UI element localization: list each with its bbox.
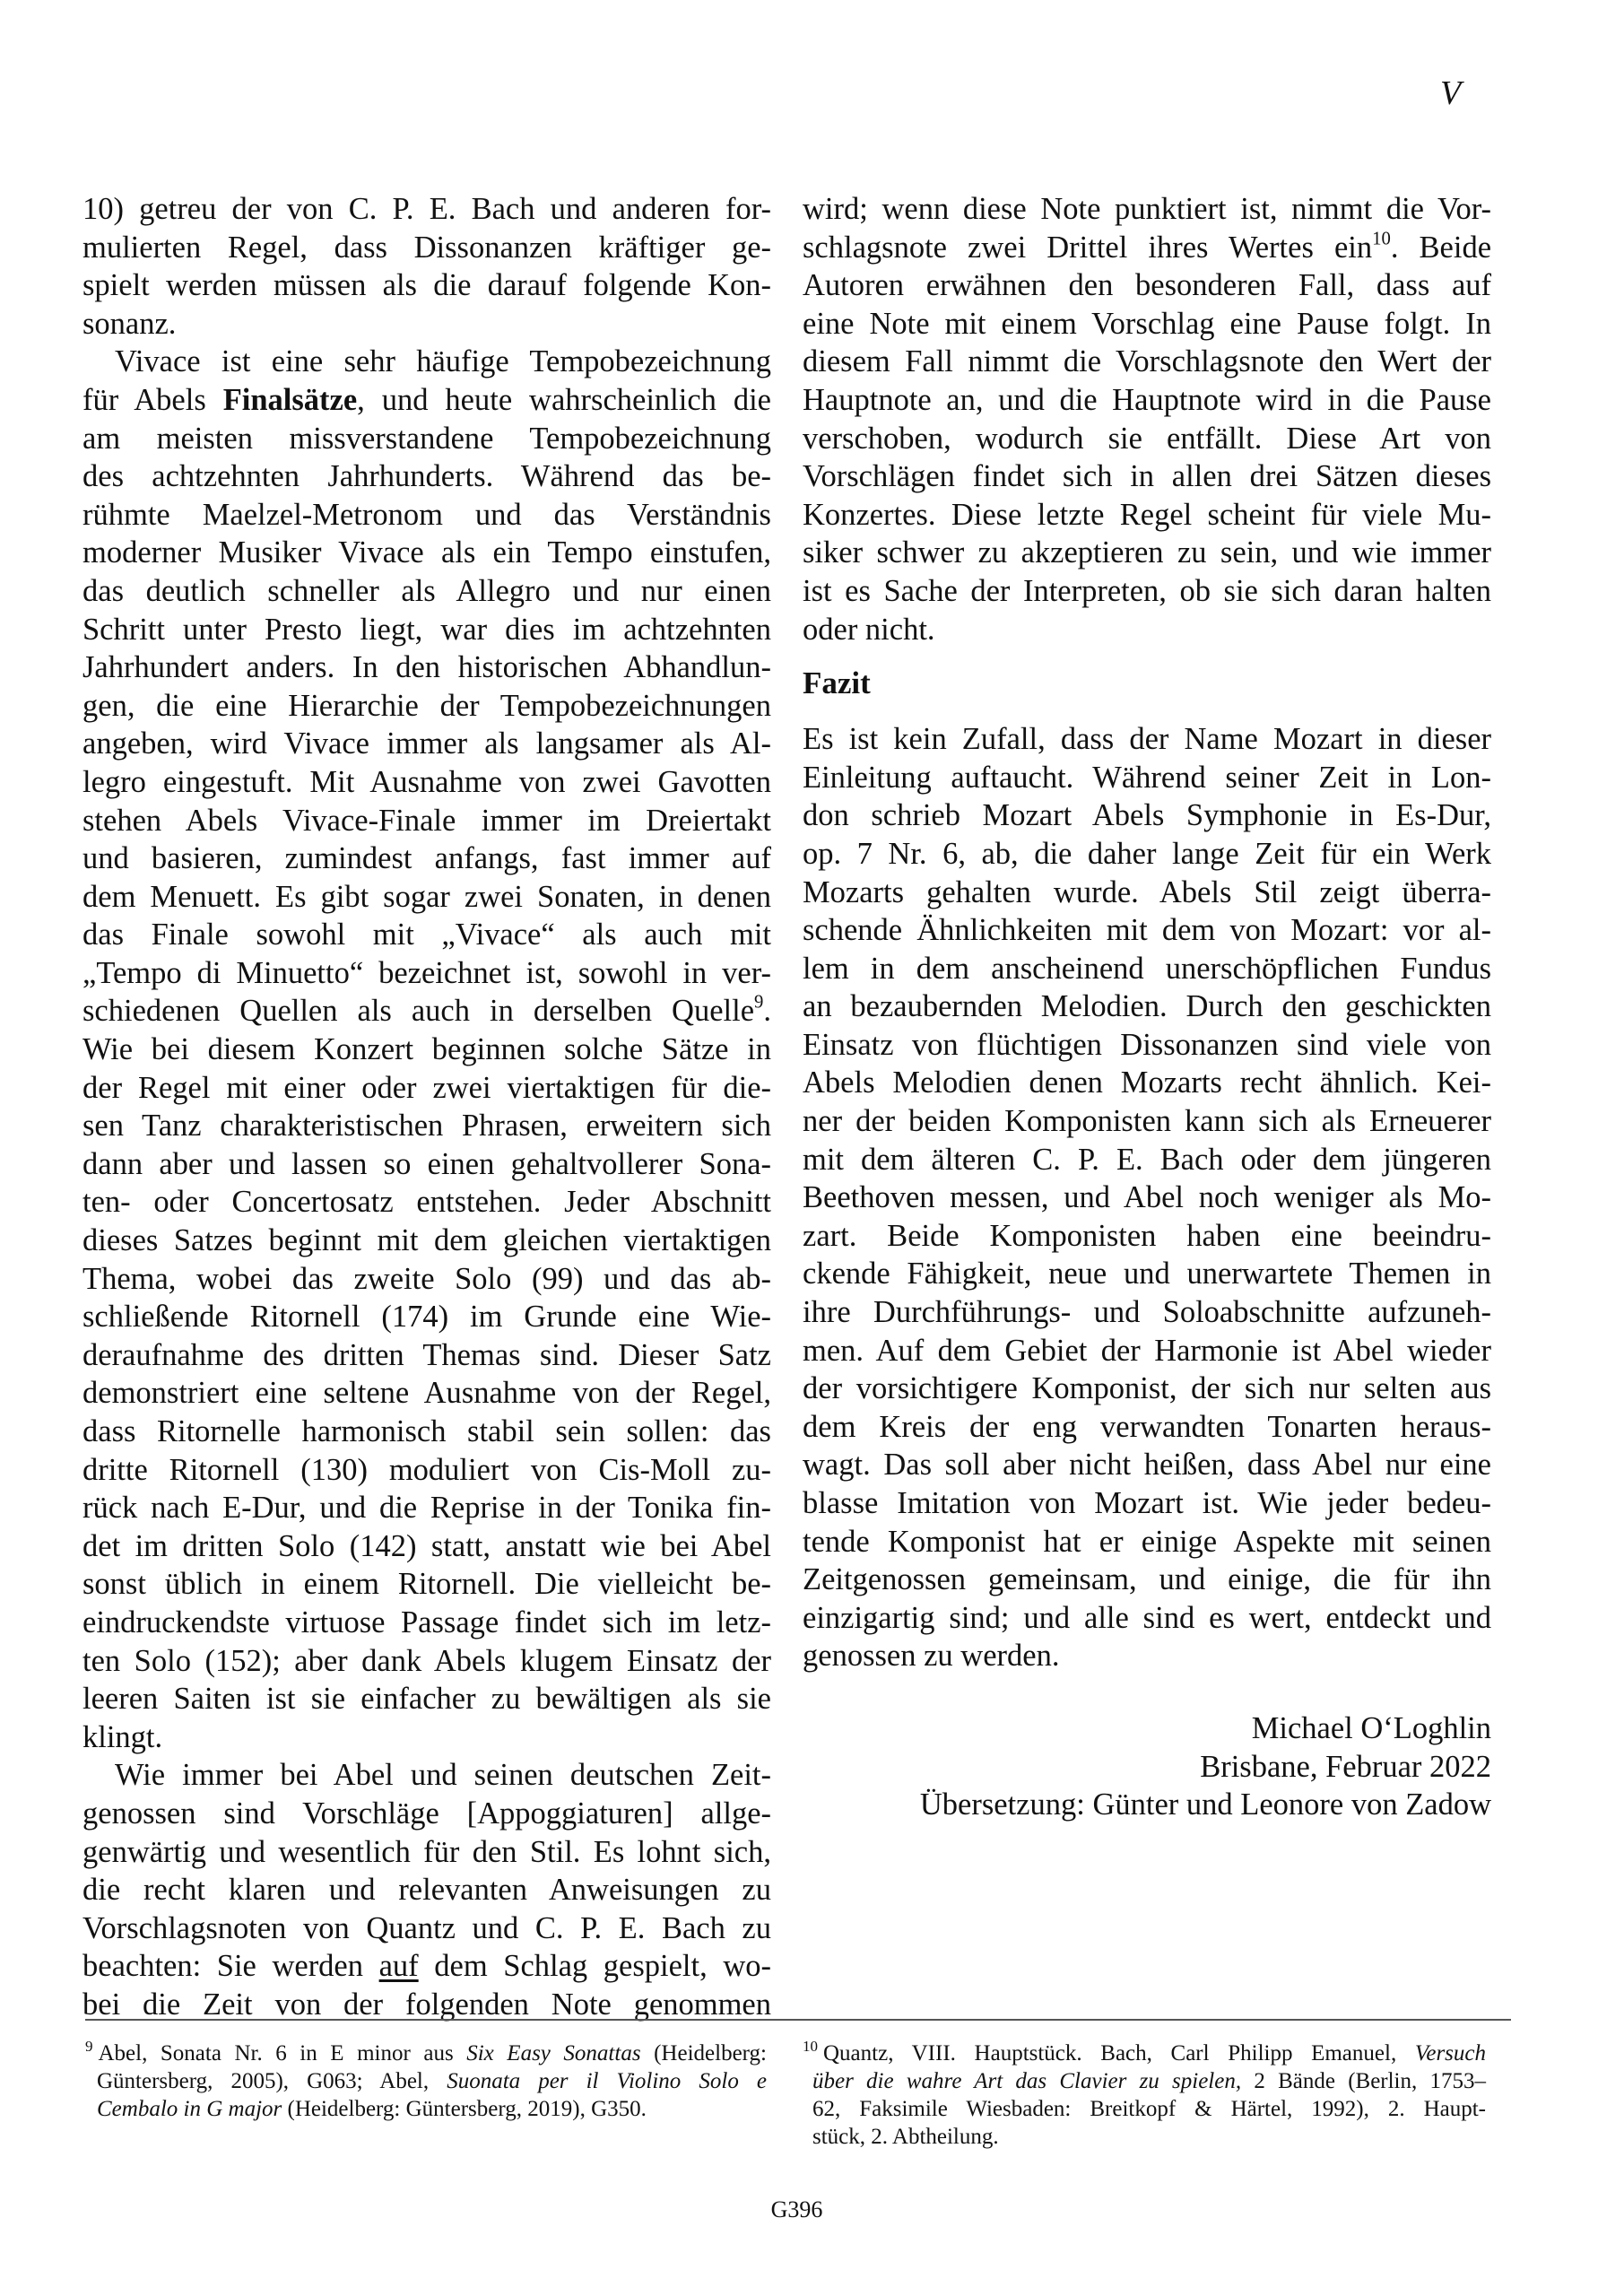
underlined-term: auf <box>379 1949 419 1983</box>
text-line: Autoren erwähnen den besonderen Fall, da… <box>803 266 1491 305</box>
text-line: eindruckendste virtuose Passage findet s… <box>83 1604 771 1642</box>
text-line: mit dem älteren C. P. E. Bach oder dem j… <box>803 1141 1491 1179</box>
text-line: das Finale sowohl mit „Vivace“ als auch … <box>83 916 771 954</box>
text-line: dem Kreis der eng verwandten Tonarten he… <box>803 1408 1491 1447</box>
paragraph-continuation: 10) getreu der von C. P. E. Bach und and… <box>83 190 771 343</box>
footnote-ref-10[interactable]: 10 <box>1372 229 1391 248</box>
signature-translation: Übersetzung: Günter und Leonore von Zado… <box>803 1786 1491 1824</box>
text-line: Einsatz von flüchtigen Dissonanzen sind … <box>803 1026 1491 1065</box>
text-run: schlagsnote zwei Drittel ihres Wertes ei… <box>803 230 1372 265</box>
text-line: Es ist kein Zufall, dass der Name Mozart… <box>803 720 1491 759</box>
footnote-number: 9 <box>85 2038 93 2055</box>
footnote-line: Güntersberg, 2005), G063; Abel, Suonata … <box>85 2067 767 2095</box>
text-run: (Heidelberg: <box>641 2041 767 2066</box>
footnote-line: 9Abel, Sonata Nr. 6 in E minor aus Six E… <box>85 2032 767 2067</box>
text-line: gen, die eine Hierarchie der Tempobezeic… <box>83 687 771 726</box>
italic-title: über die wahre Art das Clavier zu spiele… <box>812 2069 1241 2093</box>
text-run: beachten: Sie werden <box>83 1949 379 1983</box>
footnote-line: 10Quantz, VIII. Hauptstück. Bach, Carl P… <box>803 2032 1486 2067</box>
text-run: für Abels <box>83 383 223 417</box>
text-line: ihre Durchführungs- und Soloabschnitte a… <box>803 1293 1491 1332</box>
text-line: leeren Saiten ist sie einfacher zu bewäl… <box>83 1680 771 1718</box>
text-line: verschoben, wodurch sie entfällt. Diese … <box>803 420 1491 458</box>
text-line: 10) getreu der von C. P. E. Bach und and… <box>83 190 771 229</box>
text-line: Vorschlägen findet sich in allen drei Sä… <box>803 457 1491 496</box>
text-line: dem Menuett. Es gibt sogar zwei Sonaten,… <box>83 878 771 917</box>
text-line: Zeitgenossen gemeinsam, und einige, die … <box>803 1561 1491 1599</box>
text-line: deraufnahme des dritten Themas sind. Die… <box>83 1336 771 1375</box>
text-line: Hauptnote an, und die Hauptnote wird in … <box>803 381 1491 420</box>
text-line: schlagsnote zwei Drittel ihres Wertes ei… <box>803 229 1491 267</box>
page-number: G396 <box>771 2196 823 2222</box>
text-line: Abels Melodien denen Mozarts recht ähnli… <box>803 1064 1491 1102</box>
italic-title: Cembalo in G major <box>97 2097 282 2121</box>
text-line: Wie bei diesem Konzert beginnen solche S… <box>83 1031 771 1069</box>
paragraph-appoggiaturen: Wie immer bei Abel und seinen deutschen … <box>83 1756 771 2023</box>
text-line: „Tempo di Minuetto“ bezeichnet ist, sowo… <box>83 954 771 993</box>
text-line: Wie immer bei Abel und seinen deutschen … <box>83 1756 771 1795</box>
text-line: spielt werden müssen als die darauf folg… <box>83 266 771 305</box>
signature-block: Michael O‘Loghlin Brisbane, Februar 2022… <box>803 1709 1491 1824</box>
footnote-ref-9[interactable]: 9 <box>754 993 763 1013</box>
text-line: dieses Satzes beginnt mit dem gleichen v… <box>83 1222 771 1260</box>
text-run: (Heidelberg: Güntersberg, 2019), G350. <box>282 2097 647 2121</box>
text-line: einzigartig sind; und alle sind es wert,… <box>803 1599 1491 1638</box>
text-line: Konzertes. Diese letzte Regel scheint fü… <box>803 496 1491 535</box>
footnote-9: 9Abel, Sonata Nr. 6 in E minor aus Six E… <box>85 2032 767 2123</box>
text-line: dass Ritornelle harmonisch stabil sein s… <box>83 1413 771 1451</box>
text-line: blasse Imitation von Mozart ist. Wie jed… <box>803 1484 1491 1523</box>
text-line: beachten: Sie werden auf dem Schlag gesp… <box>83 1947 771 1986</box>
text-line: Beethoven messen, und Abel noch weniger … <box>803 1178 1491 1217</box>
text-line: der Regel mit einer oder zwei viertaktig… <box>83 1069 771 1108</box>
text-line: des achtzehnten Jahrhunderts. Während da… <box>83 457 771 496</box>
footnote-line: stück, 2. Abtheilung. <box>803 2123 1486 2151</box>
text-line: det im dritten Solo (142) statt, anstatt… <box>83 1527 771 1566</box>
text-line: zart. Beide Komponisten haben eine beein… <box>803 1217 1491 1256</box>
text-line: am meisten missverstandene Tempobezeichn… <box>83 420 771 458</box>
footnote-line: 62, Faksimile Wiesbaden: Breitkopf & Här… <box>803 2095 1486 2123</box>
page-footer: G396 <box>0 2196 1624 2224</box>
text-line: sonanz. <box>83 305 771 344</box>
paragraph-vivace: Vivace ist eine sehr häufige Tempobezeic… <box>83 343 771 1756</box>
text-line: Einleitung auftaucht. Während seiner Zei… <box>803 759 1491 797</box>
italic-title: Versuch <box>1415 2041 1486 2066</box>
italic-title: Suonata per il Violino Solo e <box>447 2069 767 2093</box>
text-line: op. 7 Nr. 6, ab, die daher lange Zeit fü… <box>803 835 1491 874</box>
text-line: das deutlich schneller als Allegro und n… <box>83 572 771 611</box>
italic-title: Six Easy Sonattas <box>466 2041 640 2066</box>
text-line: eine Note mit einem Vorschlag eine Pause… <box>803 305 1491 344</box>
footnote-line: über die wahre Art das Clavier zu spiele… <box>803 2067 1486 2095</box>
text-line: schließende Ritornell (174) im Grunde ei… <box>83 1298 771 1336</box>
text-line: men. Auf dem Gebiet der Harmonie ist Abe… <box>803 1332 1491 1370</box>
paragraph-continuation: wird; wenn diese Note punktiert ist, nim… <box>803 190 1491 648</box>
text-line: stehen Abels Vivace-Finale immer im Drei… <box>83 802 771 840</box>
text-line: und basieren, zumindest anfangs, fast im… <box>83 839 771 878</box>
text-line: lem in dem anscheinend unerschöpflichen … <box>803 950 1491 988</box>
text-run: . Beide <box>1391 230 1491 265</box>
text-line: demonstriert eine seltene Ausnahme von d… <box>83 1374 771 1413</box>
left-column: 10) getreu der von C. P. E. Bach und and… <box>83 190 771 2024</box>
text-line: klingt. <box>83 1718 771 1757</box>
text-line: schende Ähnlichkeiten mit dem von Mozart… <box>803 911 1491 950</box>
signature-place-date: Brisbane, Februar 2022 <box>803 1748 1491 1787</box>
text-line: Jahrhundert anders. In den historischen … <box>83 648 771 687</box>
text-line: ten- oder Concertosatz entstehen. Jeder … <box>83 1183 771 1222</box>
text-line: angeben, wird Vivace immer als langsamer… <box>83 725 771 763</box>
footnote-10: 10Quantz, VIII. Hauptstück. Bach, Carl P… <box>803 2032 1486 2151</box>
text-run: schiedenen Quellen als auch in derselben… <box>83 994 754 1028</box>
footnote-number: 10 <box>803 2038 818 2055</box>
text-run: . <box>763 994 771 1028</box>
text-line: genossen zu werden. <box>803 1637 1491 1675</box>
text-run: 2 Bände (Berlin, 1753– <box>1241 2069 1486 2093</box>
signature-author: Michael O‘Loghlin <box>803 1709 1491 1748</box>
text-line: sonst üblich in einem Ritornell. Die vie… <box>83 1565 771 1604</box>
right-column: wird; wenn diese Note punktiert ist, nim… <box>803 190 1491 1824</box>
text-line: der vorsichtigere Komponist, der sich nu… <box>803 1370 1491 1408</box>
text-line: oder nicht. <box>803 611 1491 649</box>
text-line: wird; wenn diese Note punktiert ist, nim… <box>803 190 1491 229</box>
text-run: Abel, Sonata Nr. 6 in E minor aus <box>99 2041 467 2066</box>
text-line: Thema, wobei das zweite Solo (99) und da… <box>83 1260 771 1299</box>
text-line: sen Tanz charakteristischen Phrasen, erw… <box>83 1107 771 1145</box>
text-line: legro eingestuft. Mit Ausnahme von zwei … <box>83 763 771 802</box>
text-run: , und heute wahrscheinlich die <box>357 383 771 417</box>
text-line: Mozarts gehalten wurde. Abels Stil zeigt… <box>803 874 1491 912</box>
text-line: ist es Sache der Interpreten, ob sie sic… <box>803 572 1491 611</box>
text-line: genossen sind Vorschläge [Appoggiaturen]… <box>83 1795 771 1833</box>
section-heading: Fazit <box>803 665 1491 702</box>
text-run: Quantz, VIII. Hauptstück. Bach, Carl Phi… <box>823 2041 1415 2066</box>
text-line: schiedenen Quellen als auch in derselben… <box>83 992 771 1031</box>
text-line: Vorschlagsnoten von Quantz und C. P. E. … <box>83 1909 771 1948</box>
footnote-line: Cembalo in G major (Heidelberg: Güntersb… <box>85 2095 767 2123</box>
text-line: diesem Fall nimmt die Vorschlagsnote den… <box>803 343 1491 381</box>
text-line: genwärtig und wesentlich für den Stil. E… <box>83 1833 771 1872</box>
footnote-separator-rule <box>85 2019 1511 2021</box>
text-line: ner der beiden Komponisten kann sich als… <box>803 1102 1491 1141</box>
text-line: dann aber und lassen so einen gehaltvoll… <box>83 1145 771 1184</box>
text-line: wagt. Das soll aber nicht heißen, dass A… <box>803 1446 1491 1484</box>
text-line: Vivace ist eine sehr häufige Tempobezeic… <box>83 343 771 381</box>
text-line: don schrieb Mozart Abels Symphonie in Es… <box>803 796 1491 835</box>
text-line: die recht klaren und relevanten Anweisun… <box>83 1871 771 1909</box>
text-line: rück nach E-Dur, und die Reprise in der … <box>83 1489 771 1527</box>
text-run: Güntersberg, 2005), G063; Abel, <box>97 2069 447 2093</box>
text-line: ten Solo (152); aber dank Abels klugem E… <box>83 1642 771 1681</box>
text-line: siker schwer zu akzeptieren zu sein, und… <box>803 534 1491 572</box>
text-line: an bezaubernden Melodien. Durch den gesc… <box>803 987 1491 1026</box>
page-header-roman-numeral: V <box>1440 74 1461 113</box>
text-line: moderner Musiker Vivace als ein Tempo ei… <box>83 534 771 572</box>
text-line: rühmte Maelzel-Metronom und das Verständ… <box>83 496 771 535</box>
text-run: dem Schlag gespielt, wo- <box>419 1949 771 1983</box>
text-line: ckende Fähigkeit, neue und unerwartete T… <box>803 1255 1491 1293</box>
text-line: dritte Ritornell (130) moduliert von Cis… <box>83 1451 771 1490</box>
text-line: für Abels Finalsätze, und heute wahrsche… <box>83 381 771 420</box>
text-line: Schritt unter Presto liegt, war dies im … <box>83 611 771 649</box>
bold-term: Finalsätze <box>223 383 357 417</box>
text-line: tende Komponist hat er einige Aspekte mi… <box>803 1523 1491 1561</box>
text-line: mulierten Regel, dass Dissonanzen kräfti… <box>83 229 771 267</box>
paragraph-fazit: Es ist kein Zufall, dass der Name Mozart… <box>803 720 1491 1675</box>
